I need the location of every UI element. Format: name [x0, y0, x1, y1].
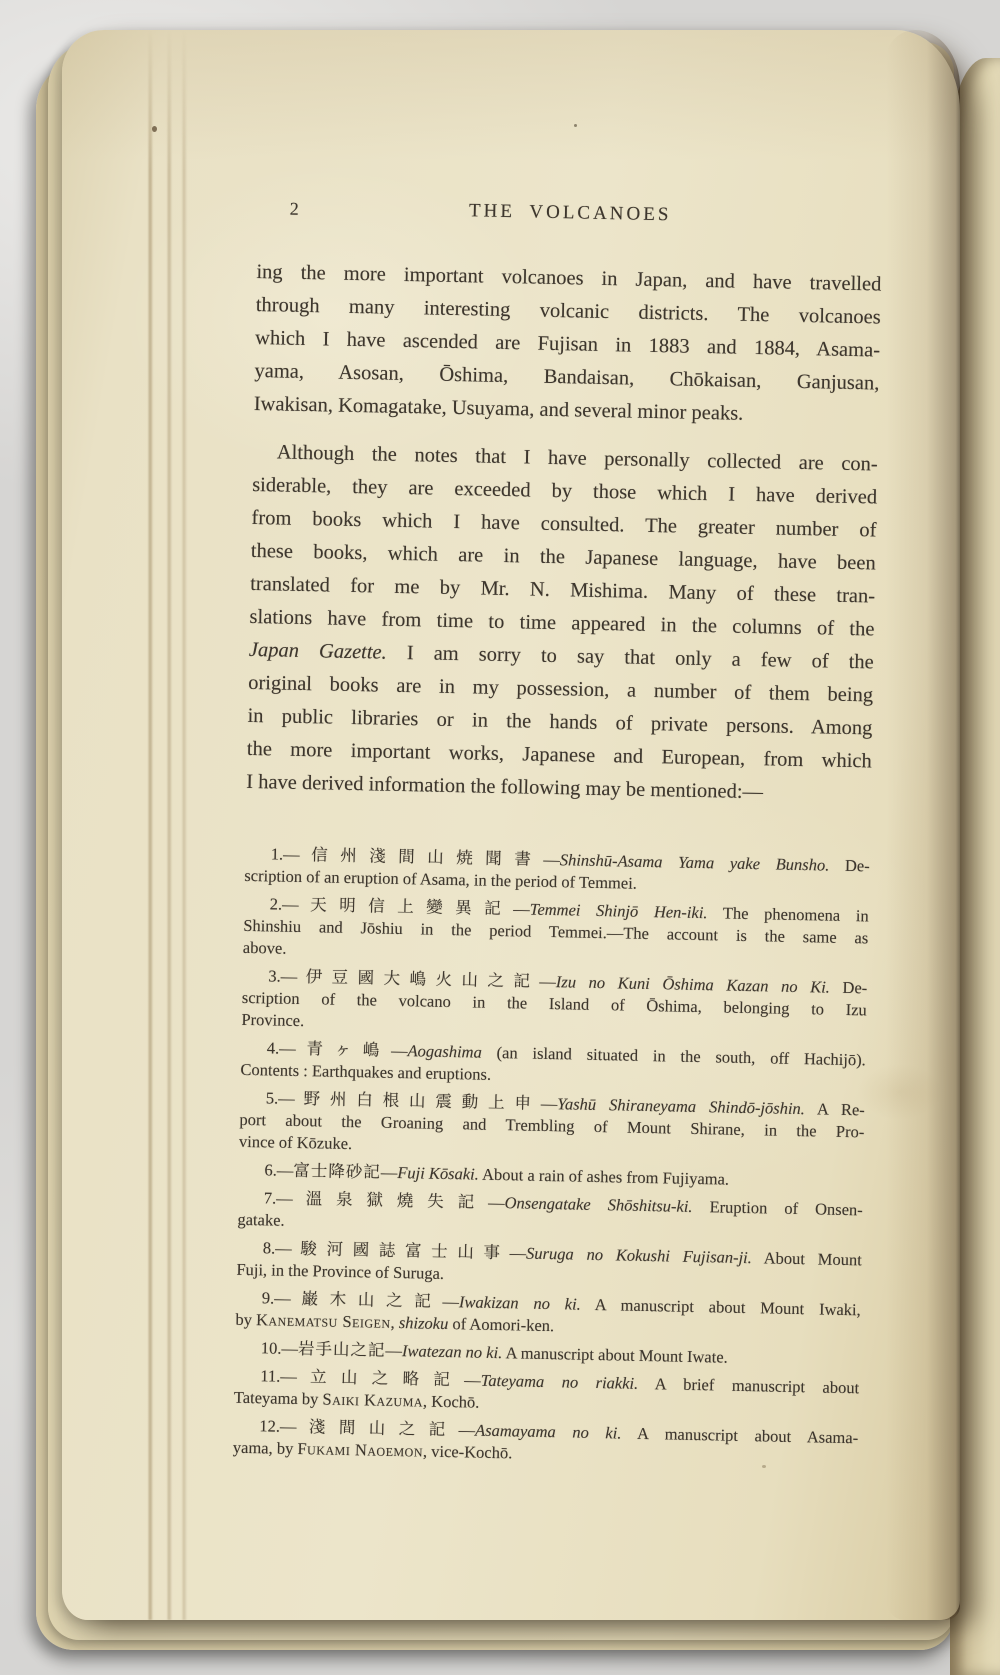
body-paragraph-1: ing the more important volcanoes in Japa… — [253, 256, 881, 434]
paper-speck — [152, 126, 157, 132]
text-segment: Contents : Earthquakes and eruptions. — [240, 1060, 491, 1084]
italic-title: shizoku — [399, 1313, 449, 1333]
text-segment: — — [513, 899, 530, 918]
text-segment: The phenomena in — [707, 903, 869, 925]
kanji-text: 岩手山之記 — [298, 1339, 386, 1360]
text-segment: 5.— — [266, 1088, 295, 1108]
text-segment: A manuscript about Asama- — [621, 1424, 858, 1448]
kanji-text: 立山之略記 — [297, 1367, 465, 1389]
text-segment: — — [458, 1420, 475, 1439]
kanji-text: 青ヶ嶋 — [296, 1039, 392, 1060]
bibliography-item-2: 2.—天明信上變異記—Temmei Shinjō Hen-iki. The ph… — [243, 893, 869, 972]
text-segment: 3.— — [268, 966, 297, 986]
bibliography-list: 1.—信州淺間山焼聞書—Shinshū-Asama Yama yake Buns… — [233, 843, 870, 1471]
bibliography-item-1: 1.—信州淺間山焼聞書—Shinshū-Asama Yama yake Buns… — [244, 843, 870, 900]
text-segment: 2.— — [270, 894, 299, 914]
text-segment: Eruption of Onsen- — [692, 1197, 863, 1219]
kanji-text: 野州白根山震動上申 — [295, 1089, 541, 1113]
italic-title: Izu no Kuni Ōshima Kazan no Ki. — [556, 972, 830, 996]
text-segment: I am sorry to say that only a few of the — [387, 642, 874, 674]
page-header: 2 THE VOLCANOES — [258, 196, 883, 233]
text-segment: above. — [243, 938, 287, 958]
kanji-text: 天明信上變異記 — [298, 895, 513, 918]
text-segment: , Kochō. — [423, 1392, 480, 1412]
italic-title: Asamayama no ki. — [475, 1421, 622, 1443]
text-segment: , vice-Kochō. — [423, 1442, 513, 1463]
bibliography-item-12: 12.—淺間山之記—Asamayama no ki. A manuscript … — [233, 1415, 859, 1472]
text-segment: gatake. — [237, 1210, 285, 1230]
italic-title: Aogashima — [407, 1041, 482, 1061]
italic-title: Japan Gazette. — [249, 639, 387, 664]
text-segment: vince of Kōzuke. — [239, 1132, 353, 1153]
text-segment: 8.— — [263, 1238, 292, 1258]
paper-speck — [574, 124, 577, 127]
text-segment: — — [488, 1193, 505, 1212]
italic-title: Onsengatake Shōshitsu-ki. — [504, 1193, 692, 1216]
bibliography-item-7: 7.—溫泉獄燒失記—Onsengatake Shōshitsu-ki. Erup… — [237, 1187, 863, 1244]
text-segment: — — [385, 1341, 402, 1360]
bibliography-item-4: 4.—青ヶ嶋—Aogashima (an island situated in … — [240, 1037, 866, 1094]
text-segment: — — [464, 1370, 481, 1389]
text-segment: — — [391, 1041, 408, 1060]
bibliography-item-11: 11.—立山之略記—Tateyama no riakki. A brief ma… — [234, 1365, 860, 1422]
text-segment: Tateyama by — [234, 1388, 323, 1409]
kanji-text: 富士降砂記 — [293, 1161, 381, 1182]
text-segment: A manuscript about Mount Iwate. — [502, 1343, 728, 1367]
smallcaps-name: Kanematsu Seigen — [256, 1310, 391, 1332]
text-segment: A manuscript about Mount Iwaki, — [581, 1295, 861, 1320]
text-segment: of Aomori-ken. — [448, 1314, 554, 1335]
running-title: THE VOLCANOES — [258, 196, 883, 231]
text-segment: 7.— — [264, 1188, 293, 1208]
page-content: 2 THE VOLCANOES ing the more important v… — [233, 196, 883, 1471]
kanji-text: 溫泉獄燒失記 — [293, 1189, 489, 1212]
text-segment: 9.— — [262, 1288, 291, 1308]
text-segment: 4.— — [267, 1038, 296, 1058]
text-segment: A brief manuscript about — [638, 1374, 859, 1397]
page-fore-edge-lines — [140, 30, 192, 1620]
italic-title: Iwatezan no ki. — [402, 1341, 503, 1362]
smallcaps-name: Saiki Kazuma — [322, 1390, 423, 1411]
text-segment: Iwakisan, Komagatake, Usuyama, and sever… — [254, 393, 744, 425]
text-segment: — — [541, 1094, 558, 1113]
text-segment: 12.— — [259, 1416, 296, 1436]
text-segment: De- — [829, 856, 870, 876]
text-segment: Province. — [241, 1010, 304, 1030]
italic-title: Yashū Shiraneyama Shindō-jōshin. — [557, 1094, 805, 1118]
italic-title: Temmei Shinjō Hen-iki. — [530, 900, 708, 923]
bibliography-item-8: 8.—駿河國誌富士山事—Suruga no Kokushi Fujisan-ji… — [236, 1237, 862, 1294]
body-paragraph-2: Although the notes that I have personall… — [246, 436, 878, 811]
text-segment: About a rain of ashes from Fujiyama. — [479, 1165, 730, 1189]
text-segment: 10.— — [261, 1338, 298, 1358]
page-number: 2 — [290, 199, 299, 220]
text-segment: — — [442, 1292, 459, 1311]
kanji-text: 駿河國誌富士山事 — [292, 1239, 510, 1262]
kanji-text: 巌木山之記 — [291, 1289, 443, 1311]
bibliography-item-5: 5.—野州白根山震動上申—Yashū Shiraneyama Shindō-jō… — [239, 1087, 865, 1166]
italic-title: Suruga no Kokushi Fujisan-ji. — [526, 1244, 752, 1268]
bibliography-item-3: 3.—伊豆國大嶋火山之記—Izu no Kuni Ōshima Kazan no… — [241, 965, 867, 1044]
italic-title: Iwakizan no ki. — [459, 1292, 581, 1313]
italic-title: Tateyama no riakki. — [481, 1371, 639, 1393]
text-segment: — — [509, 1243, 526, 1262]
text-segment: yama, by — [233, 1438, 298, 1458]
text-segment: — — [381, 1163, 398, 1182]
book-page: 2 THE VOLCANOES ing the more important v… — [62, 30, 960, 1620]
italic-title: Fuji Kōsaki. — [397, 1163, 479, 1184]
text-segment: by — [235, 1310, 256, 1329]
text-segment: 6.— — [264, 1160, 293, 1180]
text-segment: 1.— — [271, 844, 300, 864]
text-segment: De- — [830, 978, 868, 998]
kanji-text: 信州淺間山焼聞書 — [299, 845, 543, 869]
text-segment: — — [539, 972, 556, 991]
text-segment: About Mount — [752, 1248, 862, 1269]
smallcaps-name: Fukami Naoemon — [297, 1439, 423, 1461]
kanji-text: 伊豆國大嶋火山之記 — [297, 967, 540, 991]
text-segment: — — [543, 850, 560, 869]
text-segment: I have derived information the following… — [246, 771, 763, 803]
text-segment: A Re- — [805, 1099, 865, 1119]
text-segment: 11.— — [260, 1366, 297, 1386]
kanji-text: 淺間山之記 — [296, 1417, 459, 1439]
bibliography-item-9: 9.—巌木山之記—Iwakizan no ki. A manuscript ab… — [235, 1287, 861, 1344]
italic-title: Shinshū-Asama Yama yake Bunsho. — [560, 850, 830, 874]
photo-background: 2 THE VOLCANOES ing the more important v… — [0, 0, 1000, 1675]
text-segment: Fuji, in the Province of Suruga. — [236, 1260, 444, 1283]
